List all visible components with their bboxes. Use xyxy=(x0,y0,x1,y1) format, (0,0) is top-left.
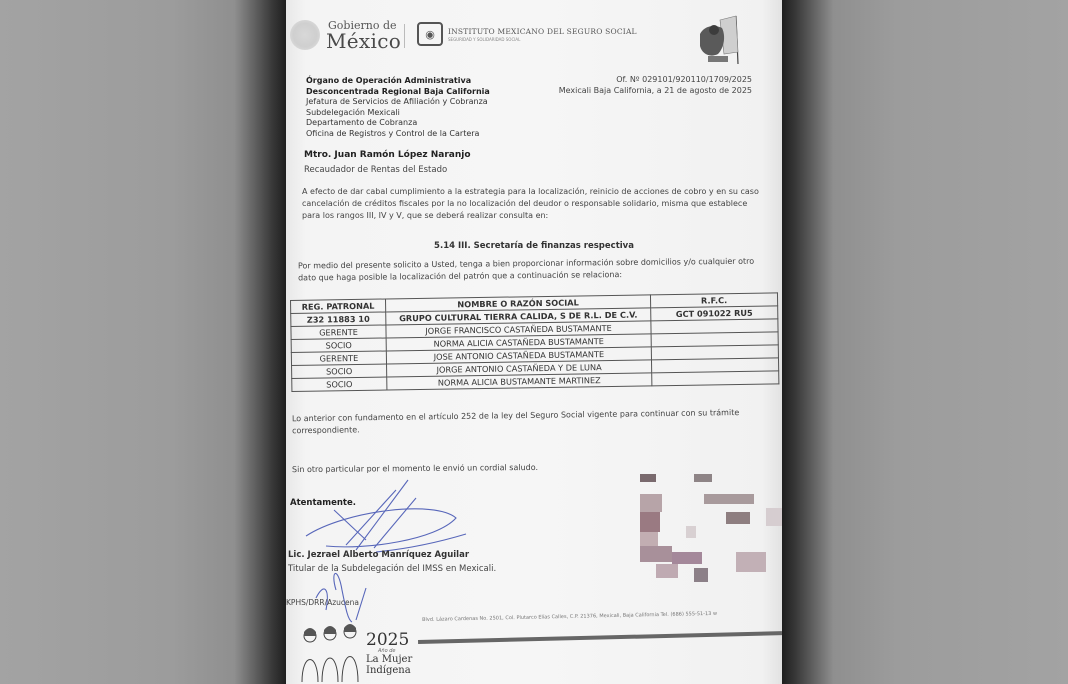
indigenous-women-illustration-icon xyxy=(290,622,362,684)
header-divider xyxy=(404,24,405,48)
document-page: Gobierno de México ◉ INSTITUTO MEXICANO … xyxy=(286,0,782,684)
issuing-office: Órgano de Operación Administrativa Desco… xyxy=(306,76,490,140)
redacted-stamp xyxy=(636,468,782,586)
signer-name: Lic. Jezrael Alberto Manríquez Aguilar xyxy=(288,550,469,560)
office-line: Subdelegación Mexicali xyxy=(306,108,490,119)
initials: KPHS/DRR/Azucena xyxy=(286,598,359,607)
footer-year: 2025 xyxy=(366,630,409,650)
section-title: 5.14 III. Secretaría de finanzas respect… xyxy=(286,241,782,251)
blurred-background-right xyxy=(782,0,1068,684)
office-line: Departamento de Cobranza xyxy=(306,118,490,129)
reference-number: Of. Nº 029101/920110/1709/2025 xyxy=(559,74,752,85)
body-paragraph-3: Lo anterior con fundamento en el artícul… xyxy=(292,407,756,437)
national-seal-icon xyxy=(290,20,320,50)
blurred-background-left xyxy=(0,0,286,684)
footer-motto: La Mujer Indígena xyxy=(366,654,412,676)
person-role: SOCIO xyxy=(292,377,387,391)
body-paragraph-2: Por medio del presente solicito a Usted,… xyxy=(298,256,762,285)
imss-subtitle: SEGURIDAD Y SOLIDARIDAD SOCIAL xyxy=(448,37,520,42)
office-line: Desconcentrada Regional Baja California xyxy=(306,87,490,98)
recipient-title: Recaudador de Rentas del Estado xyxy=(304,165,447,175)
imss-name: INSTITUTO MEXICANO DEL SEGURO SOCIAL xyxy=(448,27,637,36)
recipient-name: Mtro. Juan Ramón López Naranjo xyxy=(304,150,471,160)
footer-motto-line: Indígena xyxy=(366,665,412,676)
gov-label-big: México xyxy=(326,29,401,53)
employer-table: REG. PATRONAL NOMBRE O RAZÓN SOCIAL R.F.… xyxy=(290,292,779,392)
office-line: Órgano de Operación Administrativa xyxy=(306,76,490,87)
flag-emblem-icon xyxy=(694,14,742,66)
person-name: NORMA ALICIA BUSTAMANTE MARTINEZ xyxy=(387,373,652,390)
place-date: Mexicali Baja California, a 21 de agosto… xyxy=(559,85,752,96)
footer-motto-line: La Mujer xyxy=(366,654,412,665)
body-paragraph-1: A efecto de dar cabal cumplimiento a la … xyxy=(302,186,766,222)
reference-block: Of. Nº 029101/920110/1709/2025 Mexicali … xyxy=(559,74,752,96)
imss-logo-icon: ◉ xyxy=(417,22,443,46)
signer-title: Titular de la Subdelegación del IMSS en … xyxy=(288,564,496,574)
office-line: Jefatura de Servicios de Afiliación y Co… xyxy=(306,97,490,108)
office-line: Oficina de Registros y Control de la Car… xyxy=(306,129,490,140)
person-rfc xyxy=(652,371,779,386)
